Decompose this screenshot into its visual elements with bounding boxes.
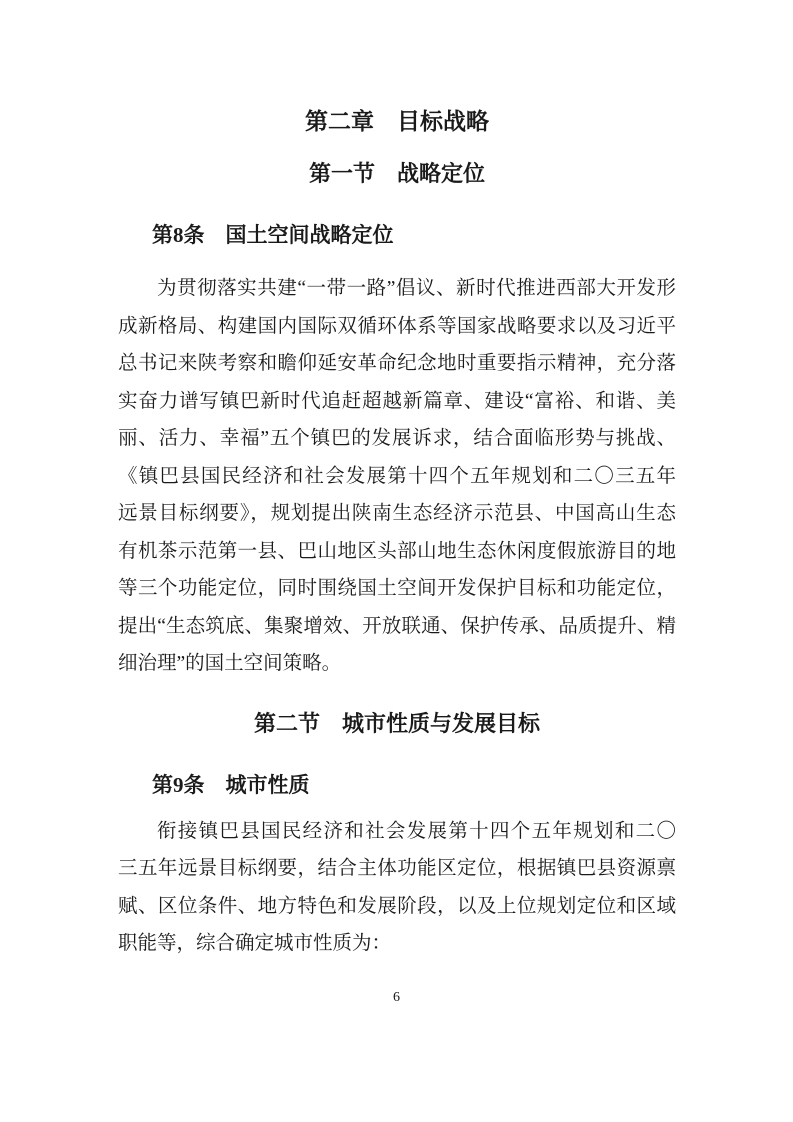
article-8-paragraph: 为贯彻落实共建“一带一路”倡议、新时代推进西部大开发形成新格局、构建国内国际双循…: [118, 270, 676, 683]
document-content: 第二章 目标战略 第一节 战略定位 第8条 国土空间战略定位 为贯彻落实共建“一…: [0, 0, 793, 963]
section-2-heading: 第二节 城市性质与发展目标: [118, 708, 676, 740]
text-line: 细治理”的国土空间策略。: [118, 645, 676, 683]
text-line: 实奋力谱写镇巴新时代追赶超越新篇章、建设“富裕、和谐、美: [118, 383, 676, 421]
text-line: 等三个功能定位，同时围绕国土空间开发保护目标和功能定位，: [118, 570, 676, 608]
text-line: 为贯彻落实共建“一带一路”倡议、新时代推进西部大开发形: [118, 270, 676, 308]
text-line: 丽、活力、幸福”五个镇巴的发展诉求，结合面临形势与挑战、: [118, 420, 676, 458]
text-line: 成新格局、构建国内国际双循环体系等国家战略要求以及习近平: [118, 308, 676, 346]
text-line: 三五年远景目标纲要，结合主体功能区定位，根据镇巴县资源禀: [118, 850, 676, 888]
article-9-heading: 第9条 城市性质: [118, 770, 676, 800]
text-line: 职能等，综合确定城市性质为：: [118, 925, 676, 963]
text-line: 衔接镇巴县国民经济和社会发展第十四个五年规划和二〇: [118, 813, 676, 851]
text-line: 远景目标纲要》，规划提出陕南生态经济示范县、中国高山生态: [118, 495, 676, 533]
page-number: 6: [0, 989, 793, 1007]
article-8-heading: 第8条 国土空间战略定位: [118, 220, 676, 250]
chapter-heading: 第二章 目标战略: [118, 106, 676, 138]
document-page: 第二章 目标战略 第一节 战略定位 第8条 国土空间战略定位 为贯彻落实共建“一…: [0, 0, 793, 1122]
text-line: 提出“生态筑底、集聚增效、开放联通、保护传承、品质提升、精: [118, 608, 676, 646]
text-line: 总书记来陕考察和瞻仰延安革命纪念地时重要指示精神，充分落: [118, 345, 676, 383]
text-line: 《镇巴县国民经济和社会发展第十四个五年规划和二〇三五年: [118, 458, 676, 496]
text-line: 有机茶示范第一县、巴山地区头部山地生态休闲度假旅游目的地: [118, 533, 676, 571]
article-9-paragraph: 衔接镇巴县国民经济和社会发展第十四个五年规划和二〇三五年远景目标纲要，结合主体功…: [118, 813, 676, 963]
section-1-heading: 第一节 战略定位: [118, 158, 676, 190]
text-line: 赋、区位条件、地方特色和发展阶段，以及上位规划定位和区域: [118, 888, 676, 926]
